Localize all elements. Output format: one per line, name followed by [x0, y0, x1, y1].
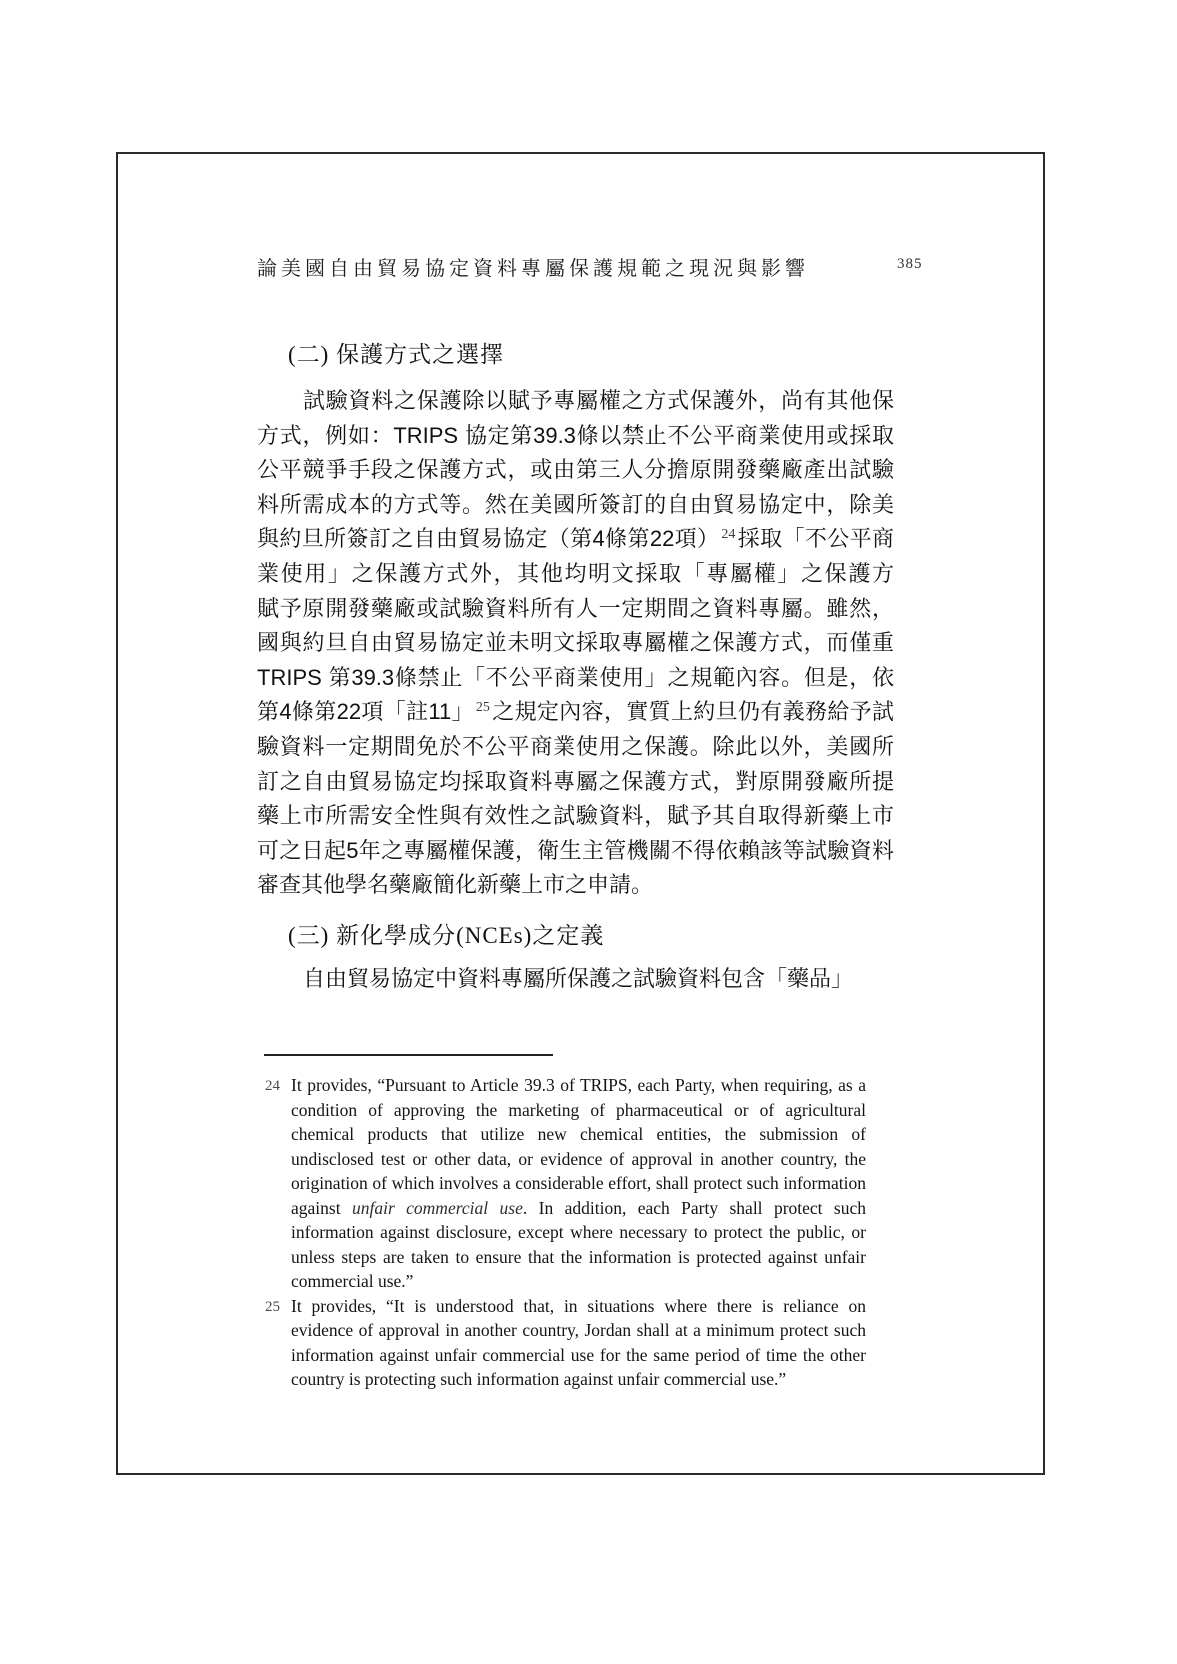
footnote-reference: 24 — [719, 527, 737, 542]
footnotes-block: 24It provides, “Pursuant to Article 39.3… — [265, 1073, 866, 1392]
footnote: 25It provides, “It is understood that, i… — [265, 1294, 866, 1392]
page-border-frame: 論美國自由貿易協定資料專屬保護規範之現況與影響 385 (二) 保護方式之選擇 … — [116, 152, 1045, 1475]
footnote-segment: unfair commercial use — [352, 1198, 523, 1218]
page-number: 385 — [897, 256, 923, 273]
footnote: 24It provides, “Pursuant to Article 39.3… — [265, 1073, 866, 1294]
text-segment: 與約旦所簽訂之自由貿易協定（第4條第22項） — [257, 526, 719, 551]
paragraph-section-2: 試驗資料之保護除以賦予專屬權之方式保護外，尚有其他保護方式，例如：TRIPS 協… — [257, 384, 894, 903]
text-line: 自由貿易協定中資料專屬所保護之試驗資料包含「藥品」 — [257, 962, 894, 997]
text-line: 與約旦所簽訂之自由貿易協定（第4條第22項）24採取「不公平商 — [257, 522, 894, 557]
footnote-reference: 25 — [474, 700, 492, 715]
document-page: 論美國自由貿易協定資料專屬保護規範之現況與影響 385 (二) 保護方式之選擇 … — [0, 0, 1177, 1664]
text-line: 公平競爭手段之保護方式，或由第三人分擔原開發藥廠產出試驗資 — [257, 453, 894, 488]
text-line: 試驗資料之保護除以賦予專屬權之方式保護外，尚有其他保護 — [257, 384, 894, 419]
text-line: 藥上市所需安全性與有效性之試驗資料，賦予其自取得新藥上市許 — [257, 799, 894, 834]
footnote-marker: 25 — [265, 1294, 291, 1320]
footnote-segment: It provides, “Pursuant to Article 39.3 o… — [291, 1075, 866, 1218]
text-line: 驗資料一定期間免於不公平商業使用之保護。除此以外，美國所簽 — [257, 730, 894, 765]
footnote-text: It provides, “It is understood that, in … — [291, 1294, 866, 1392]
text-line: 訂之自由貿易協定均採取資料專屬之保護方式，對原開發廠所提新 — [257, 765, 894, 800]
text-line: 審查其他學名藥廠簡化新藥上市之申請。 — [257, 868, 894, 903]
text-line: 第4條第22項「註11」25之規定內容，實質上約旦仍有義務給予試 — [257, 695, 894, 730]
section-heading-3: (三) 新化學成分(NCEs)之定義 — [288, 917, 604, 950]
text-line: 方式，例如：TRIPS 協定第39.3條以禁止不公平商業使用或採取不 — [257, 419, 894, 454]
text-segment: 之規定內容，實質上約旦仍有義務給予試 — [492, 699, 894, 724]
footnote-marker: 24 — [265, 1073, 291, 1099]
text-line: 賦予原開發藥廠或試驗資料所有人一定期間之資料專屬。雖然，美 — [257, 592, 894, 627]
text-line: 業使用」之保護方式外，其他均明文採取「專屬權」之保護方式， — [257, 557, 894, 592]
footnote-separator-rule — [264, 1054, 553, 1056]
footnote-segment: It provides, “It is understood that, in … — [291, 1296, 866, 1390]
footnote-text: It provides, “Pursuant to Article 39.3 o… — [291, 1073, 866, 1294]
paragraph-section-3: 自由貿易協定中資料專屬所保護之試驗資料包含「藥品」 — [257, 962, 894, 997]
text-line: 國與約旦自由貿易協定並未明文採取專屬權之保護方式，而僅重申 — [257, 626, 894, 661]
text-line: 料所需成本的方式等。然在美國所簽訂的自由貿易協定中，除美國 — [257, 488, 894, 523]
text-segment: 第4條第22項「註11」 — [257, 699, 474, 724]
section-heading-2: (二) 保護方式之選擇 — [288, 336, 504, 369]
text-line: TRIPS 第39.3條禁止「不公平商業使用」之規範內容。但是，依據 — [257, 661, 894, 696]
text-line: 可之日起5年之專屬權保護，衛生主管機關不得依賴該等試驗資料 — [257, 834, 894, 869]
running-head-title: 論美國自由貿易協定資料專屬保護規範之現況與影響 — [257, 252, 917, 281]
text-segment: 採取「不公平商 — [737, 526, 894, 551]
